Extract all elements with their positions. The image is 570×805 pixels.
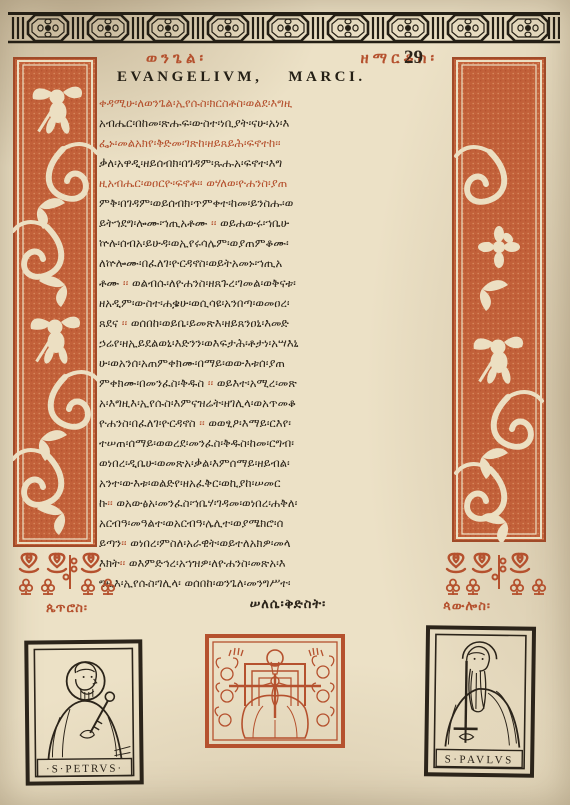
running-head-ethiopic: ወንጌል፡ ዘማርቆስ፡ bbox=[146, 49, 438, 67]
holy-trinity-woodcut bbox=[205, 634, 345, 748]
body-line: ፌኑ፡መልአክየ፡ቅድመ፡ገጽከ፡ዘይጸይሕ፡ፍኖተከ፡፡ bbox=[99, 133, 465, 153]
body-line: አብሔር፡በከመ፡ጽሑፍ፡ውስተ፡ነቢያት፡ናሁ፡አነ፡እ bbox=[99, 113, 465, 133]
st-paul-woodcut: S·PAVLVS bbox=[423, 624, 537, 780]
body-line: ለኵሎሙ፡በፈለገ፡ዮርዳኖስ፡ወይትአመኑ፡ኀጢአ bbox=[99, 253, 465, 273]
body-line: ይጣን፡፡ ወነበረ፡ምስለ፡አራዊት፡ወይተለአክዎ፡መላ bbox=[99, 533, 465, 553]
body-line: አ፡እግዚእ፡ኢየሱስ፡እምናዝሬት፡ዘገሊላ፡ወአጥመቆ bbox=[99, 393, 465, 413]
body-text: ቀዳሚሁ፡ለወንጌል፡ኢየሱስ፡ክርስቶስ፡ወልደ፡እግዚአብሔር፡በከመ፡ጽሑ… bbox=[99, 93, 465, 593]
rosette-frieze-ornament bbox=[8, 12, 560, 44]
right-vine-trefoil-ornament bbox=[441, 551, 549, 601]
body-line: ዮሐንስ፡በፈለገ፡ዮርዳኖስ ፡፡ ወወፂዖ፡እማይ፡ርእየ፡ bbox=[99, 413, 465, 433]
running-head-mark: ዘማርቆስ፡ bbox=[361, 49, 439, 67]
body-line: ዚአብሔር፡ወዐርዮ፡ፍኖቶ፡፡ ወሃለወ፡ዮሐንስ፡ያጠ bbox=[99, 173, 465, 193]
body-line: ቀዳሚሁ፡ለወንጌል፡ኢየሱስ፡ክርስቶስ፡ወልደ፡እግዚ bbox=[99, 93, 465, 113]
body-line: አንተ፡ውእቱ፡ወልድየ፡ዘአፈቅር፡ወኪያከ፡ሠመር bbox=[99, 473, 465, 493]
body-line: ሁ፡ወአንሰ፡አጠምቀክሙ፡በማይ፡ወውእቱሰ፡ያጠ bbox=[99, 353, 465, 373]
st-peter-woodcut: ·S·PETRVS· bbox=[23, 638, 145, 787]
body-line: ቶሙ ፡፡ ወልብሱ፡ለዮሐንስ፡ዘጸጉረ፡ገመል፡ወቅናቱ፡ bbox=[99, 273, 465, 293]
right-floral-putti-border bbox=[452, 57, 546, 542]
peter-caption-ethiopic: ጴጥሮስ፡ bbox=[46, 601, 88, 616]
body-line: ጸደና ፡፡ ወሰበከ፡ወይቤ፡ይመጽእ፡ዘይጸንዐኒ፡እመድ bbox=[99, 313, 465, 333]
body-line: አርብዓ፡መዓልተ፡ወአርብዓ፡ሌሊተ፡ወያሜክሮ፡ሰ bbox=[99, 513, 465, 533]
body-line: ይትኀደግ፡ሎሙ፡ኀጢአቶሙ ፡፡ ወይሐውሩ፡ኀቤሁ bbox=[99, 213, 465, 233]
paul-caption-latin: S·PAVLVS bbox=[445, 754, 514, 767]
body-line: ግዚእ፡ኢየሱስ፡ገሊላ፡ ወሰበከ፡ወንጌለ፡መንግሥተ፡ bbox=[99, 573, 465, 593]
body-line: ምቅ፡በገዳም፡ወይሰብክ፡ጥምቀተ፡ከመ፡ይንስሑ፡ወ bbox=[99, 193, 465, 213]
body-line: ወነበረ፡ዲቤሁ፡ወመጽአ፡ቃል፡እምሰማይ፡ዘይብል፡ bbox=[99, 453, 465, 473]
paul-caption-ethiopic: ጳውሎስ፡ bbox=[443, 599, 491, 614]
body-line: ኃሬየ፡ዘኢይደልወኒ፡እድንን፡ወእፍታሕ፡ቶታነ፡አሣእኒ bbox=[99, 333, 465, 353]
latin-title: EVANGELIVM, MARCI. bbox=[117, 69, 366, 86]
left-vine-trefoil-ornament bbox=[14, 551, 118, 601]
page-number: 29 bbox=[404, 47, 423, 69]
running-head-gospel: ወንጌል፡ bbox=[146, 49, 207, 67]
body-line: ኩ፡፡ ወአውፅአ፡መንፈስ፡ኀቤሃ፡ገዳመ፡ወነበረ፡ሐቅለ፡ bbox=[99, 493, 465, 513]
latin-title-word2: MARCI. bbox=[288, 69, 365, 86]
body-line: እክት፡፡ ወእምድኅረ፡አኀዝዎ፡ለዮሐንስ፡መጽአ፡እ bbox=[99, 553, 465, 573]
body-line: ተሠጠ፡ሰማይ፡ወወረደ፡መንፈስ፡ቅዱስ፡ከመ፡ርግብ፡ bbox=[99, 433, 465, 453]
book-page: ወንጌል፡ ዘማርቆስ፡ 29 EVANGELIVM, MARCI. bbox=[0, 0, 570, 805]
body-line: ኵሉ፡ሰብአ፡ይሁዳ፡ወኢየሩሳሌም፡ወያጠምቆሙ፡ bbox=[99, 233, 465, 253]
left-floral-putti-border bbox=[13, 57, 97, 547]
body-line: ምቀክሙ፡በመንፈስ፡ቅዱስ ፡፡ ወይእተ፡አሚረ፡መጽ bbox=[99, 373, 465, 393]
latin-title-word1: EVANGELIVM, bbox=[117, 69, 262, 86]
trinity-caption: ሠለሴ፡ቅድስት፡ bbox=[200, 597, 376, 612]
body-line: ዘአዲም፡ውስተ፡ሐቌሁ፡ወሲሳዩ፡አንበጣ፡ወመዐረ፡ bbox=[99, 293, 465, 313]
body-line: ቃለ፡አዋዲ፡ዘይሰብክ፡በገዳም፡ጹሑአ፡ፍኖተ፡እግ bbox=[99, 153, 465, 173]
peter-caption-latin: ·S·PETRVS· bbox=[46, 763, 123, 776]
